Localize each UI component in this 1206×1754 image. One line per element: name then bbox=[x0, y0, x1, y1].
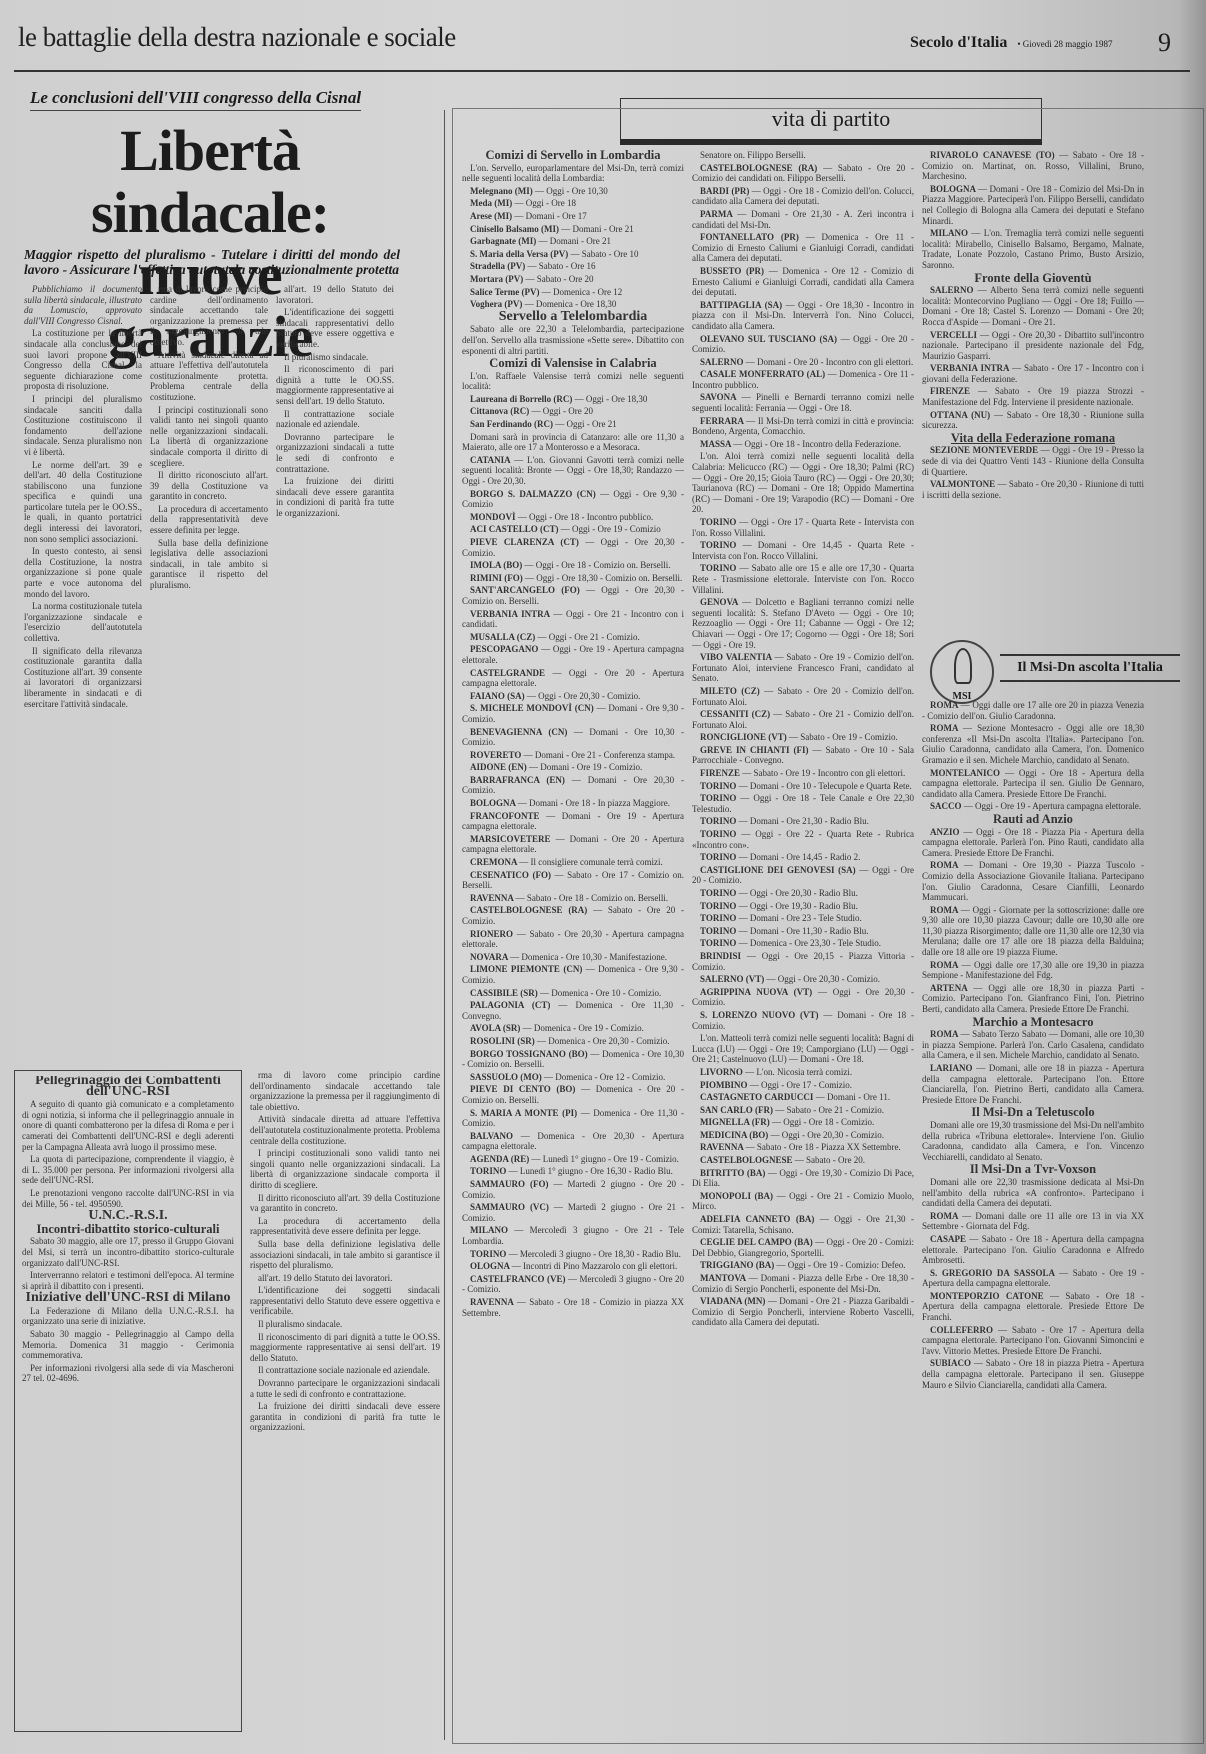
event-details: L'on. Servello, europarlamentare del Msi… bbox=[462, 163, 684, 184]
event-location: MARSICOVETERE bbox=[470, 834, 556, 844]
event-listing: Mortara (PV) — Sabato - Ore 20 bbox=[462, 274, 684, 285]
event-listing: LARIANO — Domani, alle ore 18 in piazza … bbox=[922, 1063, 1144, 1105]
event-listing: AVOLA (SR) — Domenica - Ore 19 - Comizio… bbox=[462, 1023, 684, 1034]
event-location: ROMA bbox=[930, 723, 963, 733]
event-location: ADELFIA CANNETO (BA) bbox=[700, 1214, 820, 1224]
event-listing: BATTIPAGLIA (SA) — Oggi - Ore 18,30 - In… bbox=[692, 300, 914, 332]
event-details: — Oggi - Ore 19 - Apertura campagna elet… bbox=[964, 801, 1141, 811]
event-location: VALMONTONE bbox=[930, 479, 998, 489]
event-location: OTTANA (NU) bbox=[930, 410, 994, 420]
event-location: NOVARA bbox=[470, 952, 510, 962]
article-paragraph: Il diritto riconosciuto all'art. 39 dell… bbox=[150, 470, 268, 502]
event-listing: PALAGONIA (CT) — Domenica - Ore 11,30 - … bbox=[462, 1000, 684, 1021]
article-paragraph: I principi del pluralismo sindacale sanc… bbox=[24, 394, 142, 458]
event-details: — Domani - Ore 17 bbox=[514, 211, 586, 221]
event-location: ROMA bbox=[930, 1029, 961, 1039]
event-location: ROMA bbox=[930, 960, 962, 970]
event-listing: ANZIO — Oggi - Ore 18 - Piazza Pia - Ape… bbox=[922, 827, 1144, 859]
event-details: — Oggi - Ore 18,30 bbox=[575, 394, 648, 404]
event-listing: S. Maria della Versa (PV) — Sabato - Ore… bbox=[462, 249, 684, 260]
event-details: — Sabato - Ore 10 bbox=[571, 249, 639, 259]
event-location: RIMINI (FO) bbox=[470, 573, 525, 583]
event-listing: CASALE MONFERRATO (AL) — Domenica - Ore … bbox=[692, 369, 914, 390]
event-details: — Sabato - Ore 20. bbox=[795, 1155, 865, 1165]
party-column-c-lower: ROMA — Oggi dalle ore 17 alle ore 20 in … bbox=[922, 700, 1144, 1740]
event-listing: PIEVE DI CENTO (BO) — Domenica - Ore 20 … bbox=[462, 1084, 684, 1105]
event-location: TORINO bbox=[700, 913, 739, 923]
event-location: FRANCOFONTE bbox=[470, 811, 546, 821]
event-listing: Meda (MI) — Oggi - Ore 18 bbox=[462, 198, 684, 209]
event-listing: GREVE IN CHIANTI (FI) — Sabato - Ore 10 … bbox=[692, 745, 914, 766]
event-listing: CASTELBOLOGNESE — Sabato - Ore 20. bbox=[692, 1155, 914, 1166]
event-location: LIMONE PIEMONTE (CN) bbox=[470, 964, 586, 974]
event-listing: Garbagnate (MI) — Domani - Ore 21 bbox=[462, 236, 684, 247]
party-column-a: Comizi di Servello in LombardiaL'on. Ser… bbox=[462, 150, 684, 1740]
event-details: Domani sarà in provincia di Catanzaro: a… bbox=[462, 432, 684, 453]
event-listing: CATANIA — L'on. Giovanni Gavotti terrà c… bbox=[462, 455, 684, 487]
event-listing: SALERNO (VT) — Oggi - Ore 20,30 - Comizi… bbox=[692, 974, 914, 985]
event-location: RIONERO bbox=[470, 929, 517, 939]
event-listing: SAMMAURO (FO) — Martedì 2 giugno - Ore 2… bbox=[462, 1179, 684, 1200]
subsection-heading: Vita della Federazione romana bbox=[922, 433, 1144, 444]
event-location: Mortara (PV) bbox=[470, 274, 525, 284]
event-location: Garbagnate (MI) bbox=[470, 236, 539, 246]
event-listing: NOVARA — Domenica - Ore 10,30 - Manifest… bbox=[462, 952, 684, 963]
event-details: — Domenica - Ore 12 - Comizio. bbox=[544, 1072, 665, 1082]
article-paragraph: Il pluralismo sindacale. bbox=[250, 1319, 440, 1330]
event-location: CASTIGLIONE DEI GENOVESI (SA) bbox=[700, 865, 859, 875]
event-listing: MILANO — Mercoledì 3 giugno - Ore 21 - T… bbox=[462, 1225, 684, 1246]
event-listing: MEDICINA (BO) — Oggi - Ore 20,30 - Comiz… bbox=[692, 1130, 914, 1141]
event-location: AGENDA (RE) bbox=[470, 1154, 532, 1164]
event-listing: LIVORNO — L'on. Nicosia terrà comizi. bbox=[692, 1067, 914, 1078]
event-location: ROSOLINI (SR) bbox=[470, 1036, 537, 1046]
subsection-heading: Comizi di Valensise in Calabria bbox=[462, 358, 684, 369]
event-listing: RIONERO — Sabato - Ore 20,30 - Apertura … bbox=[462, 929, 684, 950]
event-listing: ROMA — Oggi - Giornate per la sottoscriz… bbox=[922, 905, 1144, 958]
event-listing: BRINDISI — Oggi - Ore 20,15 - Piazza Vit… bbox=[692, 951, 914, 972]
article-kicker: Le conclusioni dell'VIII congresso della… bbox=[30, 88, 361, 111]
event-listing: ACI CASTELLO (CT) — Oggi - Ore 19 - Comi… bbox=[462, 524, 684, 535]
unc-rsi-notices: Pellegrinaggio dei Combattenti dell'UNC-… bbox=[22, 1076, 234, 1726]
event-details: — Lunedì 1° giugno - Ore 19 - Comizio. bbox=[532, 1154, 679, 1164]
event-details: — Oggi - Ore 17 - Comizio. bbox=[750, 1080, 852, 1090]
event-details: — Domani - Ore 11,30 - Radio Blu. bbox=[739, 926, 869, 936]
event-location: RAVENNA bbox=[700, 1142, 746, 1152]
subsection-heading: Incontri-dibattito storico-culturali bbox=[22, 1224, 234, 1235]
event-listing: VERCELLI — Oggi - Ore 20,30 - Dibattito … bbox=[922, 330, 1144, 362]
event-details: — Domenica - Ore 18,30 bbox=[525, 299, 617, 309]
event-details: — Oggi - Ore 18,30 - Comizio on. Bersell… bbox=[525, 573, 682, 583]
event-details: — Incontri di Pino Mazzarolo con gli ele… bbox=[512, 1261, 677, 1271]
event-listing: SALERNO — Domani - Ore 20 - Incontro con… bbox=[692, 357, 914, 368]
event-listing: L'on. Servello, europarlamentare del Msi… bbox=[462, 163, 684, 184]
event-details: — Domenica - Ore 12 bbox=[542, 287, 622, 297]
event-location: TORINO bbox=[700, 540, 743, 550]
event-location: ANZIO bbox=[930, 827, 963, 837]
event-listing: COLLEFERRO — Sabato - Ore 17 - Apertura … bbox=[922, 1325, 1144, 1357]
event-location: ROMA bbox=[930, 860, 964, 870]
event-listing: SAN CARLO (FR) — Sabato - Ore 21 - Comiz… bbox=[692, 1105, 914, 1116]
event-location: SUBIACO bbox=[930, 1358, 974, 1368]
event-listing: BUSSETO (PR) — Domenica - Ore 12 - Comiz… bbox=[692, 266, 914, 298]
event-listing: San Ferdinando (RC) — Oggi - Ore 21 bbox=[462, 419, 684, 430]
event-listing: PIOMBINO — Oggi - Ore 17 - Comizio. bbox=[692, 1080, 914, 1091]
event-location: BORGO TOSSIGNANO (BO) bbox=[470, 1049, 590, 1059]
event-location: RIVAROLO CANAVESE (TO) bbox=[930, 150, 1059, 160]
article-paragraph: all'art. 19 dello Statuto dei lavoratori… bbox=[250, 1273, 440, 1284]
event-listing: Domani sarà in provincia di Catanzaro: a… bbox=[462, 432, 684, 453]
newspaper-page: le battaglie della destra nazionale e so… bbox=[0, 0, 1206, 1754]
event-location: RAVENNA bbox=[470, 1297, 517, 1307]
event-listing: CASAPE — Sabato - Ore 18 - Apertura dell… bbox=[922, 1234, 1144, 1266]
event-listing: RAVENNA — Sabato - Ore 18 - Piazza XX Se… bbox=[692, 1142, 914, 1153]
event-location: FIRENZE bbox=[930, 386, 978, 396]
event-details: — Sabato - Ore 19 - Incontro con gli ele… bbox=[742, 768, 905, 778]
event-details: — Oggi - Ore 19 - Comizio: Defeo. bbox=[777, 1260, 906, 1270]
event-listing: RONCIGLIONE (VT) — Sabato - Ore 19 - Com… bbox=[692, 732, 914, 743]
event-location: S. LORENZO NUOVO (VT) bbox=[700, 1010, 823, 1020]
event-details: Senatore on. Filippo Berselli. bbox=[700, 150, 806, 160]
event-location: VERCELLI bbox=[930, 330, 980, 340]
event-location: MIGNELLA (FR) bbox=[700, 1117, 772, 1127]
event-location: BENEVAGIENNA (CN) bbox=[470, 727, 574, 737]
subsection-heading: Marchio a Montesacro bbox=[922, 1017, 1144, 1028]
flame-icon bbox=[954, 648, 972, 684]
event-listing: RIMINI (FO) — Oggi - Ore 18,30 - Comizio… bbox=[462, 573, 684, 584]
event-location: CEGLIE DEL CAMPO (BA) bbox=[700, 1237, 815, 1247]
event-details: — Oggi - Ore 20,30 - Comizio. bbox=[527, 691, 640, 701]
article-paragraph: I principi costituzionali sono validi ta… bbox=[150, 405, 268, 469]
article-paragraph: Il riconoscimento di pari dignità a tutt… bbox=[250, 1332, 440, 1364]
event-listing: ROSOLINI (SR) — Domenica - Ore 20,30 - C… bbox=[462, 1036, 684, 1047]
article-column-2: rma di lavoro come principio cardine del… bbox=[150, 284, 268, 1054]
event-location: TORINO bbox=[700, 563, 739, 573]
event-listing: MIGNELLA (FR) — Oggi - Ore 18 - Comizio. bbox=[692, 1117, 914, 1128]
event-location: CESSANITI (CZ) bbox=[700, 709, 773, 719]
event-details: — Sabato - Ore 20 bbox=[525, 274, 593, 284]
event-details: Sabato alle ore 22,30 a Telelombardia, p… bbox=[462, 324, 684, 355]
article-paragraph: La procedura di accertamento della rappr… bbox=[250, 1216, 440, 1237]
event-listing: ARTENA — Oggi alle ore 18,30 in piazza P… bbox=[922, 983, 1144, 1015]
event-details: — Domenica - Ore 10 - Comizio. bbox=[540, 988, 661, 998]
event-listing: RAVENNA — Sabato - Ore 18 - Comizio on. … bbox=[462, 893, 684, 904]
event-details: — Sabato - Ore 18 - Piazza XX Settembre. bbox=[746, 1142, 901, 1152]
event-listing: TORINO — Oggi - Ore 19,30 - Radio Blu. bbox=[692, 901, 914, 912]
event-listing: MONTEPORZIO CATONE — Sabato - Ore 18 - A… bbox=[922, 1291, 1144, 1323]
event-location: PIOMBINO bbox=[700, 1080, 750, 1090]
event-listing: SAVONA — Pinelli e Bernardi terranno com… bbox=[692, 392, 914, 413]
event-location: CASALE MONFERRATO (AL) bbox=[700, 369, 828, 379]
issue-date: • Giovedì 28 maggio 1987 bbox=[1017, 39, 1112, 49]
article-continuation: rma di lavoro come principio cardine del… bbox=[250, 1070, 440, 1740]
event-listing: MANTOVA — Domani - Piazza delle Erbe - O… bbox=[692, 1273, 914, 1294]
event-listing: VALMONTONE — Sabato - Ore 20,30 - Riunio… bbox=[922, 479, 1144, 500]
event-details: — Domenica - Ore 19 - Comizio. bbox=[523, 1023, 644, 1033]
event-listing: CREMONA — Il consigliere comunale terrà … bbox=[462, 857, 684, 868]
article-paragraph: La procedura di accertamento della rappr… bbox=[150, 504, 268, 536]
event-location: MILANO bbox=[930, 228, 971, 238]
event-listing: PIEVE CLARENZA (CT) — Oggi - Ore 20,30 -… bbox=[462, 537, 684, 558]
party-column-c: RIVAROLO CANAVESE (TO) — Sabato - Ore 18… bbox=[922, 150, 1144, 630]
event-location: Laureana di Borrello (RC) bbox=[470, 394, 575, 404]
event-details: — Domani - Ore 20 - Incontro con gli ele… bbox=[746, 357, 913, 367]
event-details: L'on. Matteoli terrà comizi nelle seguen… bbox=[692, 1033, 914, 1064]
article-paragraph: Dovranno partecipare le organizzazioni s… bbox=[276, 432, 394, 474]
article-paragraph: L'identificazione dei soggetti sindacali… bbox=[276, 307, 394, 349]
event-location: RAVENNA bbox=[470, 893, 516, 903]
event-location: CASTAGNETO CARDUCCI bbox=[700, 1092, 816, 1102]
article-paragraph: Dovranno partecipare le organizzazioni s… bbox=[250, 1378, 440, 1399]
event-location: VERBANIA INTRA bbox=[930, 363, 1012, 373]
event-listing: FONTANELLATO (PR) — Domenica - Ore 11 - … bbox=[692, 232, 914, 264]
event-location: LIVORNO bbox=[700, 1067, 745, 1077]
event-location: Stradella (PV) bbox=[470, 261, 528, 271]
event-details: — Sabato - Ore 19 - Comizio. bbox=[789, 732, 898, 742]
event-location: SEZIONE MONTEVERDE bbox=[930, 445, 1041, 455]
event-location: FAIANO (SA) bbox=[470, 691, 527, 701]
article-paragraph: Il diritto riconosciuto all'art. 39 dell… bbox=[250, 1193, 440, 1214]
event-listing: TORINO — Domani - Ore 10 - Telecupole e … bbox=[692, 781, 914, 792]
event-listing: SASSUOLO (MO) — Domenica - Ore 12 - Comi… bbox=[462, 1072, 684, 1083]
event-listing: TORINO — Lunedì 1° giugno - Ore 16,30 - … bbox=[462, 1166, 684, 1177]
event-details: — Oggi - Ore 18 - Incontro pubblico. bbox=[518, 512, 653, 522]
event-location: LARIANO bbox=[930, 1063, 976, 1073]
event-location: BATTIPAGLIA (SA) bbox=[700, 300, 786, 310]
event-listing: FRANCOFONTE — Domani - Ore 19 - Apertura… bbox=[462, 811, 684, 832]
event-location: CASSIBILE (SR) bbox=[470, 988, 540, 998]
event-location: ARTENA bbox=[930, 983, 973, 993]
event-listing: L'on. Aloi terrà comizi nelle seguenti l… bbox=[692, 451, 914, 515]
notice-paragraph: A seguito di quanto già comunicato e a c… bbox=[22, 1099, 234, 1152]
event-listing: Melegnano (MI) — Oggi - Ore 10,30 bbox=[462, 186, 684, 197]
event-location: ROMA bbox=[930, 700, 961, 710]
event-location: FERRARA bbox=[700, 416, 746, 426]
event-location: Meda (MI) bbox=[470, 198, 515, 208]
event-location: SAMMAURO (VC) bbox=[470, 1202, 554, 1212]
event-listing: TORINO — Oggi - Ore 17 - Quarta Rete - I… bbox=[692, 517, 914, 538]
event-listing: TORINO — Oggi - Ore 22 - Quarta Rete - R… bbox=[692, 829, 914, 850]
event-listing: VIBO VALENTIA — Sabato - Ore 19 - Comizi… bbox=[692, 652, 914, 684]
event-listing: Domani alle ore 19,30 trasmissione del M… bbox=[922, 1120, 1144, 1162]
event-listing: SAMMAURO (VC) — Martedì 2 giugno - Ore 2… bbox=[462, 1202, 684, 1223]
event-location: TORINO bbox=[700, 901, 739, 911]
event-location: SALERNO bbox=[930, 285, 978, 295]
subsection-heading: Rauti ad Anzio bbox=[922, 814, 1144, 825]
event-listing: OLEVANO SUL TUSCIANO (SA) — Oggi - Ore 2… bbox=[692, 334, 914, 355]
event-location: Voghera (PV) bbox=[470, 299, 525, 309]
article-paragraph: Le norme dell'art. 39 e dell'art. 40 del… bbox=[24, 460, 142, 545]
article-paragraph: In questo contesto, ai sensi della Costi… bbox=[24, 546, 142, 599]
event-listing: LIMONE PIEMONTE (CN) — Domenica - Ore 9,… bbox=[462, 964, 684, 985]
event-details: — Domani - Ore 21 bbox=[561, 224, 633, 234]
event-listing: BOLOGNA — Domani - Ore 18 - In piazza Ma… bbox=[462, 798, 684, 809]
article-paragraph: Il contrattazione sociale nazionale ed a… bbox=[276, 409, 394, 430]
event-location: ACI CASTELLO (CT) bbox=[470, 524, 561, 534]
event-location: BOLOGNA bbox=[470, 798, 518, 808]
article-paragraph: L'identificazione dei soggetti sindacali… bbox=[250, 1285, 440, 1317]
event-listing: FERRARA — Il Msi-Dn terrà comizi in citt… bbox=[692, 416, 914, 437]
event-listing: CASSIBILE (SR) — Domenica - Ore 10 - Com… bbox=[462, 988, 684, 999]
subsection-heading: Comizi di Servello in Lombardia bbox=[462, 150, 684, 161]
event-location: ROMA bbox=[930, 905, 961, 915]
event-location: MILANO bbox=[470, 1225, 514, 1235]
event-listing: CASTELFRANCO (VE) — Mercoledì 3 giugno -… bbox=[462, 1274, 684, 1295]
article-paragraph: Il contrattazione sociale nazionale ed a… bbox=[250, 1365, 440, 1376]
event-location: MEDICINA (BO) bbox=[700, 1130, 771, 1140]
event-details: — Oggi - Ore 18 - Incontro della Federaz… bbox=[733, 439, 901, 449]
event-listing: SALERNO — Alberto Sena terrà comizi nell… bbox=[922, 285, 1144, 327]
event-listing: BOLOGNA — Domani - Ore 18 - Comizio del … bbox=[922, 184, 1144, 226]
event-details: — Mercoledì 3 giugno - Ore 18,30 - Radio… bbox=[509, 1249, 681, 1259]
event-location: S. MICHELE MONDOVÌ (CN) bbox=[470, 703, 597, 713]
event-listing: BALVANO — Domenica - Ore 20,30 - Apertur… bbox=[462, 1131, 684, 1152]
event-listing: VERBANIA INTRA — Oggi - Ore 21 - Incontr… bbox=[462, 609, 684, 630]
party-column-b: Senatore on. Filippo Berselli.CASTELBOLO… bbox=[692, 150, 914, 1740]
event-location: OLOGNA bbox=[470, 1261, 512, 1271]
event-location: BUSSETO (PR) bbox=[700, 266, 769, 276]
event-listing: CESENATICO (FO) — Sabato - Ore 17 - Comi… bbox=[462, 870, 684, 891]
event-details: — Oggi - Ore 20,30 - Comizio. bbox=[767, 974, 880, 984]
article-paragraph: Sulla base della definizione legislativa… bbox=[250, 1239, 440, 1271]
article-intro: Pubblichiamo il documento sulla libertà … bbox=[24, 284, 142, 326]
event-listing: CESSANITI (CZ) — Sabato - Ore 21 - Comiz… bbox=[692, 709, 914, 730]
event-location: TORINO bbox=[700, 938, 739, 948]
event-listing: FIRENZE — Sabato - Ore 19 - Incontro con… bbox=[692, 768, 914, 779]
event-location: TORINO bbox=[700, 926, 739, 936]
event-listing: CASTELBOLOGNESE (RA) — Sabato - Ore 20 -… bbox=[462, 905, 684, 926]
article-paragraph: all'art. 19 dello Statuto dei lavoratori… bbox=[276, 284, 394, 305]
article-column-3: all'art. 19 dello Statuto dei lavoratori… bbox=[276, 284, 394, 1054]
event-location: Cinisello Balsamo (MI) bbox=[470, 224, 561, 234]
event-listing: MILETO (CZ) — Sabato - Ore 20 - Comizio … bbox=[692, 686, 914, 707]
notice-paragraph: Le prenotazioni vengono raccolte dall'UN… bbox=[22, 1188, 234, 1209]
event-details: — Domani - Ore 10 - Telecupole e Quarta … bbox=[739, 781, 912, 791]
event-listing: CASTELGRANDE — Oggi - Ore 20 - Apertura … bbox=[462, 668, 684, 689]
event-location: BOLOGNA bbox=[930, 184, 978, 194]
subsection-heading: U.N.C.-R.S.I. bbox=[22, 1211, 234, 1222]
event-location: BITRITTO (BA) bbox=[700, 1168, 768, 1178]
event-location: PIEVE DI CENTO (BO) bbox=[470, 1084, 581, 1094]
event-details: Domani alle ore 19,30 trasmissione del M… bbox=[922, 1120, 1144, 1162]
event-location: CASTELBOLOGNESE (RA) bbox=[470, 905, 593, 915]
event-location: TORINO bbox=[700, 888, 739, 898]
event-location: Arese (MI) bbox=[470, 211, 514, 221]
notice-paragraph: La quota di partecipazione, comprendente… bbox=[22, 1154, 234, 1186]
article-paragraph: Il riconoscimento di pari dignità a tutt… bbox=[276, 364, 394, 406]
notice-paragraph: Per informazioni rivolgersi alla sede di… bbox=[22, 1363, 234, 1384]
event-listing: S. GREGORIO DA SASSOLA — Sabato - Ore 19… bbox=[922, 1268, 1144, 1289]
event-details: — Sabato - Ore 18 - Comizio on. Berselli… bbox=[516, 893, 668, 903]
event-listing: Laureana di Borrello (RC) — Oggi - Ore 1… bbox=[462, 394, 684, 405]
event-location: MANTOVA bbox=[700, 1273, 749, 1283]
article-paragraph: I principi costituzionali sono validi ta… bbox=[250, 1148, 440, 1190]
page-edge-shadow bbox=[1178, 0, 1206, 1754]
event-location: PESCOPAGANO bbox=[470, 644, 541, 654]
event-details: — Domani - Ore 21 - Conferenza stampa. bbox=[524, 750, 675, 760]
event-listing: ROMA — Domani dalle ore 11 alle ore 13 i… bbox=[922, 1211, 1144, 1232]
event-location: TRIGGIANO (BA) bbox=[700, 1260, 777, 1270]
event-listing: PESCOPAGANO — Oggi - Ore 19 - Apertura c… bbox=[462, 644, 684, 665]
event-listing: IMOLA (BO) — Oggi - Ore 18 - Comizio on.… bbox=[462, 560, 684, 571]
event-location: CASTELGRANDE bbox=[470, 668, 552, 678]
event-details: — Sabato - Ore 16 bbox=[528, 261, 596, 271]
page-number: 9 bbox=[1158, 28, 1171, 58]
event-location: CASTELFRANCO (VE) bbox=[470, 1274, 568, 1284]
event-listing: L'on. Raffaele Valensise terrà comizi ne… bbox=[462, 371, 684, 392]
event-location: BARRAFRANCA (EN) bbox=[470, 775, 572, 785]
event-details: — Domenica - Ore 20,30 - Comizio. bbox=[537, 1036, 669, 1046]
event-location: CREMONA bbox=[470, 857, 519, 867]
event-details: — Oggi - Ore 21 - Comizio. bbox=[538, 632, 640, 642]
event-location: SAMMAURO (FO) bbox=[470, 1179, 554, 1189]
event-location: GREVE IN CHIANTI (FI) bbox=[700, 745, 813, 755]
event-details: — Oggi - Ore 19 - Comizio bbox=[561, 524, 661, 534]
event-location: PALAGONIA (CT) bbox=[470, 1000, 558, 1010]
event-listing: BENEVAGIENNA (CN) — Domani - Ore 10,30 -… bbox=[462, 727, 684, 748]
event-details: — Sabato - Ore 21 - Comizio. bbox=[775, 1105, 884, 1115]
event-listing: TORINO — Domenica - Ore 23,30 - Tele Stu… bbox=[692, 938, 914, 949]
event-location: BRINDISI bbox=[700, 951, 747, 961]
event-location: VIADANA (MN) bbox=[700, 1296, 768, 1306]
event-location: VIBO VALENTIA bbox=[700, 652, 774, 662]
event-listing: TORINO — Domani - Ore 23 - Tele Studio. bbox=[692, 913, 914, 924]
subsection-heading: Il Msi-Dn a Teletuscolo bbox=[922, 1107, 1144, 1118]
event-listing: SANT'ARCANGELO (FO) — Oggi - Ore 20,30 -… bbox=[462, 585, 684, 606]
event-location: OLEVANO SUL TUSCIANO (SA) bbox=[700, 334, 841, 344]
event-location: San Ferdinando (RC) bbox=[470, 419, 555, 429]
event-location: AIDONE (EN) bbox=[470, 762, 529, 772]
event-location: CESENATICO (FO) bbox=[470, 870, 555, 880]
event-details: — Domenica - Ore 10,30 - Manifestazione. bbox=[510, 952, 667, 962]
event-location: MONOPOLI (BA) bbox=[700, 1191, 777, 1201]
event-details: — L'on. Nicosia terrà comizi. bbox=[745, 1067, 852, 1077]
event-listing: MONDOVÌ — Oggi - Ore 18 - Incontro pubbl… bbox=[462, 512, 684, 523]
event-listing: PARMA — Domani - Ore 21,30 - A. Zeri inc… bbox=[692, 209, 914, 230]
event-listing: CASTELBOLOGNESE (RA) — Sabato - Ore 20 -… bbox=[692, 163, 914, 184]
event-listing: MONTELANICO — Oggi - Ore 18 - Apertura d… bbox=[922, 768, 1144, 800]
event-location: MILETO (CZ) bbox=[700, 686, 764, 696]
event-listing: S. MARIA A MONTE (PI) — Domenica - Ore 1… bbox=[462, 1108, 684, 1129]
event-listing: TORINO — Domani - Ore 11,30 - Radio Blu. bbox=[692, 926, 914, 937]
event-listing: AIDONE (EN) — Domani - Ore 19 - Comizio. bbox=[462, 762, 684, 773]
event-listing: TORINO — Mercoledì 3 giugno - Ore 18,30 … bbox=[462, 1249, 684, 1260]
event-listing: AGRIPPINA NUOVA (VT) — Oggi - Ore 20,30 … bbox=[692, 987, 914, 1008]
event-details: — Domani - Ore 18 - In piazza Maggiore. bbox=[518, 798, 670, 808]
event-listing: GENOVA — Dolcetto e Bagliani terranno co… bbox=[692, 597, 914, 650]
event-location: SAN CARLO (FR) bbox=[700, 1105, 775, 1115]
event-location: TORINO bbox=[700, 852, 739, 862]
event-location: MONTEPORZIO CATONE bbox=[930, 1291, 1050, 1301]
event-location: TORINO bbox=[470, 1166, 509, 1176]
event-location: SANT'ARCANGELO (FO) bbox=[470, 585, 586, 595]
notice-paragraph: Sabato 30 maggio, alle ore 17, presso il… bbox=[22, 1236, 234, 1268]
event-listing: VIADANA (MN) — Domani - Ore 21 - Piazza … bbox=[692, 1296, 914, 1328]
event-location: TORINO bbox=[700, 816, 739, 826]
event-details: — Oggi - Ore 20,30 - Radio Blu. bbox=[739, 888, 858, 898]
event-listing: BARDI (PR) — Oggi - Ore 18 - Comizio del… bbox=[692, 186, 914, 207]
event-listing: Salice Terme (PV) — Domenica - Ore 12 bbox=[462, 287, 684, 298]
event-location: AVOLA (SR) bbox=[470, 1023, 523, 1033]
event-location: PARMA bbox=[700, 209, 737, 219]
event-location: ROMA bbox=[930, 1211, 962, 1221]
event-listing: ROMA — Sezione Montesacro - Oggi alle or… bbox=[922, 723, 1144, 765]
event-details: — Il consigliere comunale terrà comizi. bbox=[519, 857, 662, 867]
event-listing: S. LORENZO NUOVO (VT) — Domani - Ore 18 … bbox=[692, 1010, 914, 1031]
event-listing: MONOPOLI (BA) — Oggi - Ore 21 - Comizio … bbox=[692, 1191, 914, 1212]
event-details: — Domani - Ore 21,30 - Radio Blu. bbox=[739, 816, 869, 826]
notice-paragraph: Interverranno relatori e testimoni dell'… bbox=[22, 1270, 234, 1291]
